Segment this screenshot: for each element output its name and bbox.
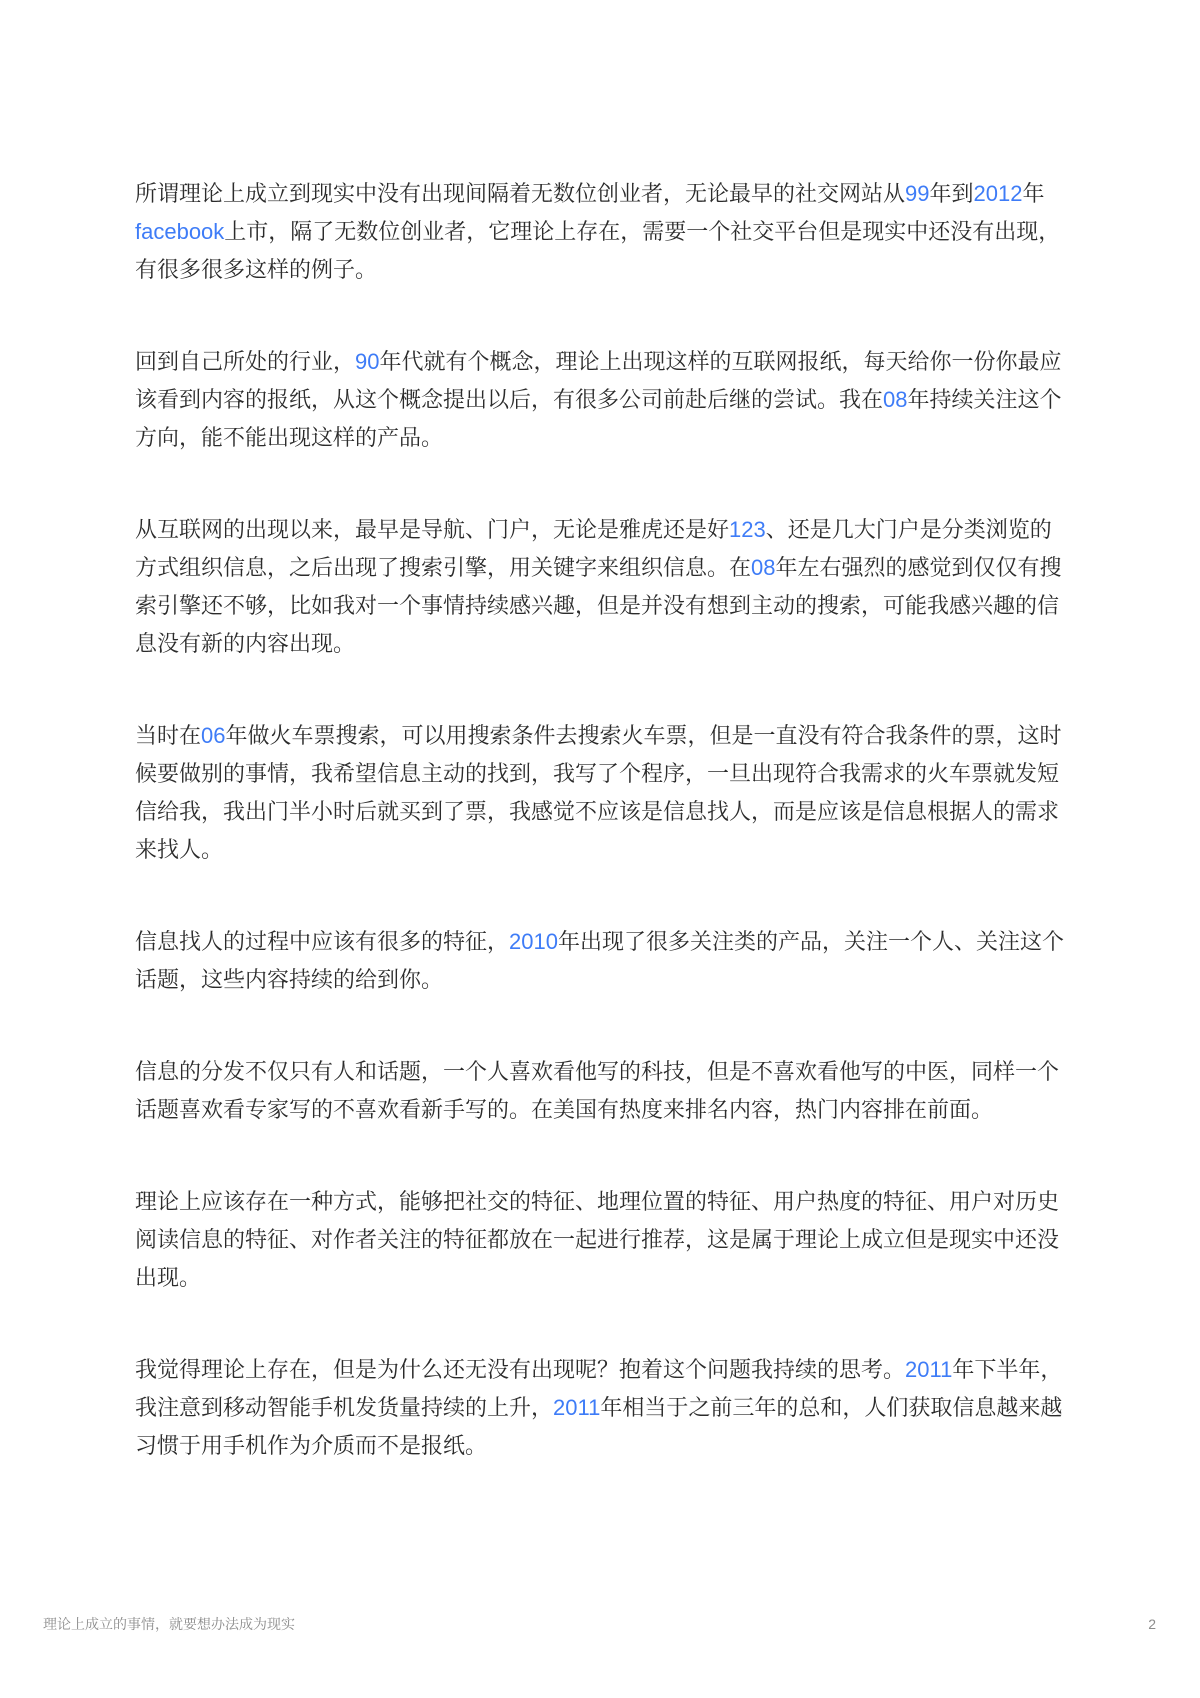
paragraph: 我觉得理论上存在，但是为什么还无没有出现呢？抱着这个问题我持续的思考。2011年… bbox=[135, 1351, 1067, 1465]
highlighted-number: 06 bbox=[201, 723, 225, 748]
highlighted-number: 2011 bbox=[905, 1357, 952, 1382]
document-body: 所谓理论上成立到现实中没有出现间隔着无数位创业者，无论最早的社交网站从99年到2… bbox=[135, 175, 1067, 1519]
footer-title: 理论上成立的事情，就要想办法成为现实 bbox=[43, 1612, 295, 1636]
paragraph: 回到自己所处的行业，90年代就有个概念，理论上出现这样的互联网报纸，每天给你一份… bbox=[135, 343, 1067, 457]
text-segment: 回到自己所处的行业， bbox=[135, 349, 355, 374]
text-segment: 所谓理论上成立到现实中没有出现间隔着无数位创业者，无论最早的社交网站从 bbox=[135, 181, 905, 206]
paragraph: 当时在06年做火车票搜索，可以用搜索条件去搜索火车票，但是一直没有符合我条件的票… bbox=[135, 717, 1067, 869]
paragraph: 从互联网的出现以来，最早是导航、门户，无论是雅虎还是好123、还是几大门户是分类… bbox=[135, 511, 1067, 663]
text-segment: 当时在 bbox=[135, 723, 201, 748]
text-segment: 我觉得理论上存在，但是为什么还无没有出现呢？抱着这个问题我持续的思考。 bbox=[135, 1357, 905, 1382]
highlighted-number: 123 bbox=[729, 517, 766, 542]
text-segment: 理论上应该存在一种方式，能够把社交的特征、地理位置的特征、用户热度的特征、用户对… bbox=[135, 1189, 1059, 1290]
highlighted-number: 08 bbox=[751, 555, 775, 580]
text-segment: 从互联网的出现以来，最早是导航、门户，无论是雅虎还是好 bbox=[135, 517, 729, 542]
text-segment: 信息的分发不仅只有人和话题，一个人喜欢看他写的科技，但是不喜欢看他写的中医，同样… bbox=[135, 1059, 1059, 1122]
paragraph: 信息的分发不仅只有人和话题，一个人喜欢看他写的科技，但是不喜欢看他写的中医，同样… bbox=[135, 1053, 1067, 1129]
paragraph: 理论上应该存在一种方式，能够把社交的特征、地理位置的特征、用户热度的特征、用户对… bbox=[135, 1183, 1067, 1297]
text-segment: 年到 bbox=[930, 181, 974, 206]
highlighted-number: 2011 bbox=[553, 1395, 600, 1420]
highlighted-number: 99 bbox=[905, 181, 929, 206]
page-number: 2 bbox=[1148, 1612, 1156, 1636]
text-segment: 年做火车票搜索，可以用搜索条件去搜索火车票，但是一直没有符合我条件的票，这时候要… bbox=[135, 723, 1062, 862]
text-segment: 上市，隔了无数位创业者，它理论上存在，需要一个社交平台但是现实中还没有出现，有很… bbox=[135, 219, 1060, 282]
highlighted-number: 2010 bbox=[509, 929, 558, 954]
highlighted-number: 08 bbox=[883, 387, 907, 412]
document-page: 所谓理论上成立到现实中没有出现间隔着无数位创业者，无论最早的社交网站从99年到2… bbox=[0, 0, 1200, 1698]
text-segment: 年 bbox=[1022, 181, 1044, 206]
text-segment: 信息找人的过程中应该有很多的特征， bbox=[135, 929, 509, 954]
page-footer: 理论上成立的事情，就要想办法成为现实 2 bbox=[0, 1612, 1200, 1636]
paragraph: 所谓理论上成立到现实中没有出现间隔着无数位创业者，无论最早的社交网站从99年到2… bbox=[135, 175, 1067, 289]
paragraph: 信息找人的过程中应该有很多的特征，2010年出现了很多关注类的产品，关注一个人、… bbox=[135, 923, 1067, 999]
highlighted-number: 2012 bbox=[974, 181, 1023, 206]
highlighted-number: facebook bbox=[135, 219, 224, 244]
highlighted-number: 90 bbox=[355, 349, 379, 374]
